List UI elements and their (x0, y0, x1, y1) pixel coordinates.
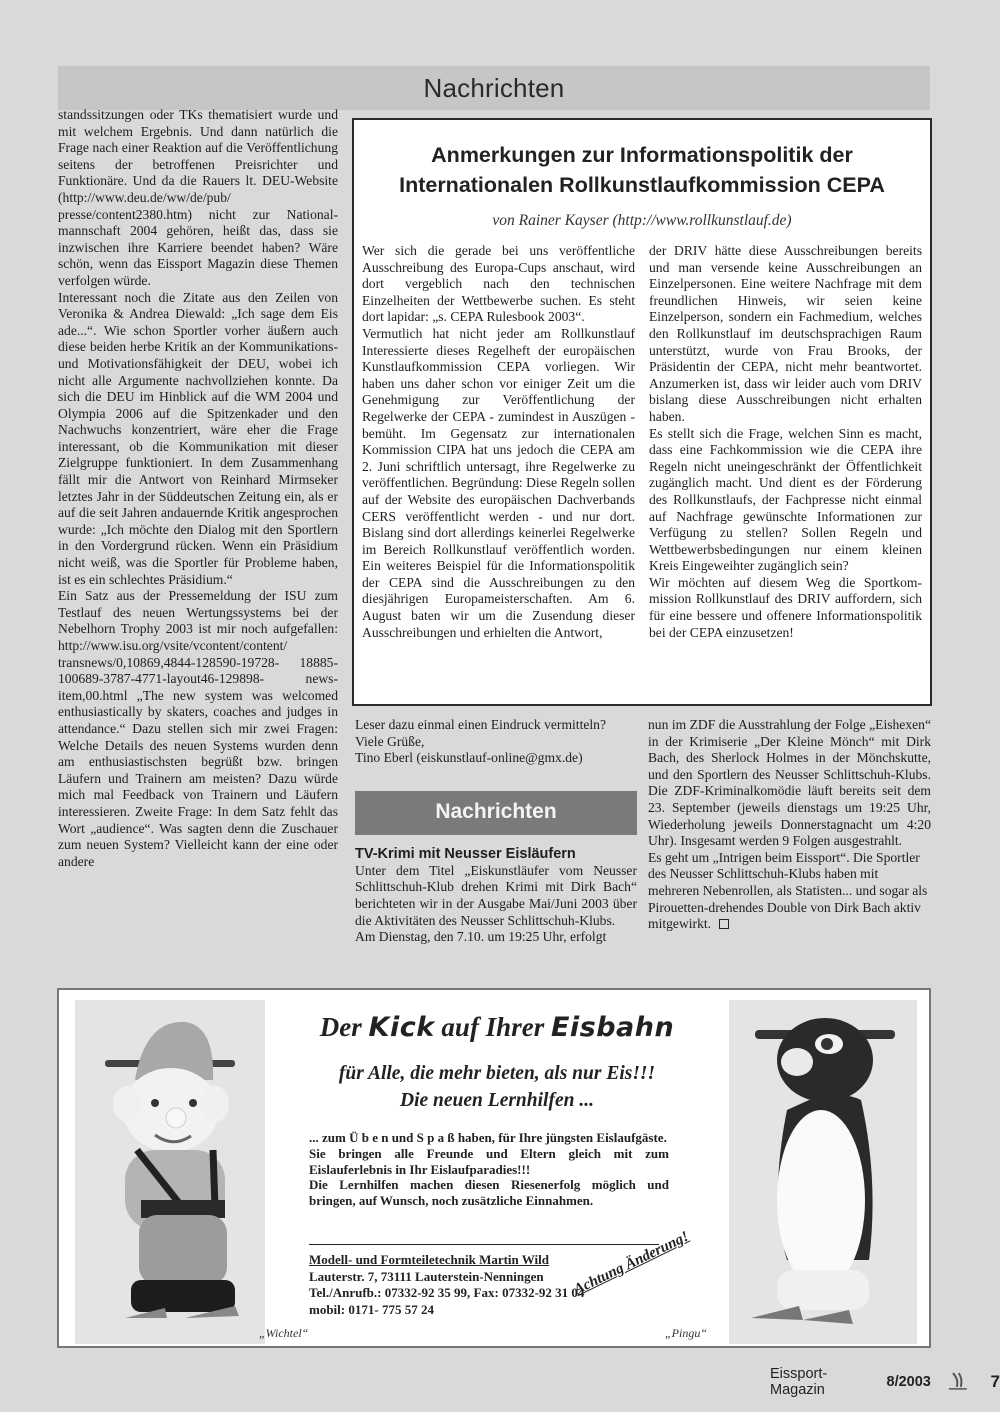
caption-pingu: „Pingu“ (665, 1326, 707, 1341)
article-column-1: Wer sich die gerade bei uns veröffentlic… (362, 243, 635, 641)
headline-text: Der (320, 1012, 369, 1042)
penguin-figure-icon (729, 1000, 917, 1344)
section-header-bar: Nachrichten (58, 66, 930, 110)
letter-signature: Tino Eberl (eiskunstlauf-online@gmx.de) (355, 750, 637, 767)
paragraph: Vermutlich hat nicht jeder am Rollkunstl… (362, 326, 635, 641)
news-article-title: TV-Krimi mit Neusser Eisläufern (355, 845, 637, 863)
ad-body-line: ... zum Ü b e n und S p a ß haben, für I… (309, 1130, 669, 1146)
article-title: Anmerkungen zur Informationspolitik der … (354, 140, 930, 200)
paragraph: Ein Satz aus der Pressemeldung der ISU z… (58, 588, 338, 870)
page-footer: Eissport-Magazin 8/2003 7 (770, 1371, 1000, 1393)
cepa-article-box: Anmerkungen zur Informationspolitik der … (352, 118, 932, 706)
divider (309, 1244, 659, 1245)
gnome-figure-icon (75, 1000, 265, 1344)
paragraph-text: Es geht um „Intrigen beim Eissport“. Die… (648, 850, 927, 931)
middle-bottom-column: Leser dazu einmal einen Eindruck vermitt… (355, 717, 637, 946)
ad-headline: Der Kick auf Ihrer Eisbahn (269, 1012, 725, 1043)
company-phone: Tel./Anrufb.: 07332-92 35 99, Fax: 07332… (309, 1285, 679, 1302)
paragraph: Unter dem Titel „Eiskunstläufer vom Neus… (355, 863, 637, 929)
wichtel-figure-photo (75, 1000, 265, 1344)
right-bottom-column: nun im ZDF die Ausstrahlung der Folge „E… (648, 717, 931, 933)
article-byline: von Rainer Kayser (http://www.rollkunstl… (354, 212, 930, 230)
title-line: Anmerkungen zur Informationspolitik der (354, 140, 930, 170)
page-number: 7 (991, 1372, 1000, 1392)
letter-greeting: Viele Grüße, (355, 734, 637, 751)
left-column-article: standssitzungen oder TKs thematisiert wu… (58, 107, 338, 870)
end-of-article-square-icon (719, 919, 729, 929)
paragraph: nun im ZDF die Ausstrahlung der Folge „E… (648, 717, 931, 850)
subline: Die neuen Lernhilfen ... (269, 1087, 725, 1114)
caption-wichtel: „Wichtel“ (259, 1326, 308, 1341)
magazine-name: Eissport-Magazin (770, 1366, 881, 1398)
paragraph: Es geht um „Intrigen beim Eissport“. Die… (648, 850, 931, 933)
advertisement-box: „Wichtel“ Der Kick auf Ihrer Eisbahn für… (57, 988, 931, 1348)
skater-logo-icon (945, 1371, 971, 1393)
paragraph: Wir möchten auf diesem Weg die Sportkom­… (649, 575, 922, 641)
headline-deco-word: Kick (369, 1012, 435, 1043)
section-title: Nachrichten (424, 73, 565, 104)
ad-body-line: Die Lernhilfen machen diesen Riesenerfol… (309, 1177, 669, 1209)
paragraph: Interessant noch die Zitate aus den Zeil… (58, 290, 338, 589)
ad-subline: für Alle, die mehr bieten, als nur Eis!!… (269, 1060, 725, 1114)
letter-closing-line: Leser dazu einmal einen Eindruck vermitt… (355, 717, 637, 734)
article-columns: Wer sich die gerade bei uns veröffentlic… (362, 243, 922, 641)
paragraph: standssitzungen oder TKs thematisiert wu… (58, 107, 338, 290)
ad-body-line: Sie bringen alle Freunde und Eltern glei… (309, 1146, 669, 1178)
news-section-bar: Nachrichten (355, 791, 637, 835)
paragraph: der DRIV hätte diese Ausschreibungen be­… (649, 243, 922, 426)
issue-number: 8/2003 (887, 1374, 931, 1390)
headline-deco-word: Eisbahn (551, 1012, 674, 1043)
paragraph: Wer sich die gerade bei uns veröffentlic… (362, 243, 635, 326)
paragraph: Es stellt sich die Frage, welchen Sinn e… (649, 426, 922, 575)
paragraph: Am Dienstag, den 7.10. um 19:25 Uhr, erf… (355, 929, 637, 946)
pingu-figure-photo (729, 1000, 917, 1344)
headline-text: auf Ihrer (435, 1012, 551, 1042)
company-mobile: mobil: 0171- 775 57 24 (309, 1302, 679, 1319)
subline: für Alle, die mehr bieten, als nur Eis!!… (269, 1060, 725, 1087)
ad-body-text: ... zum Ü b e n und S p a ß haben, für I… (309, 1130, 669, 1209)
news-section-title: Nachrichten (435, 804, 556, 821)
title-line: Internationalen Rollkunstlaufkommission … (354, 170, 930, 200)
article-column-2: der DRIV hätte diese Ausschreibungen be­… (649, 243, 922, 641)
